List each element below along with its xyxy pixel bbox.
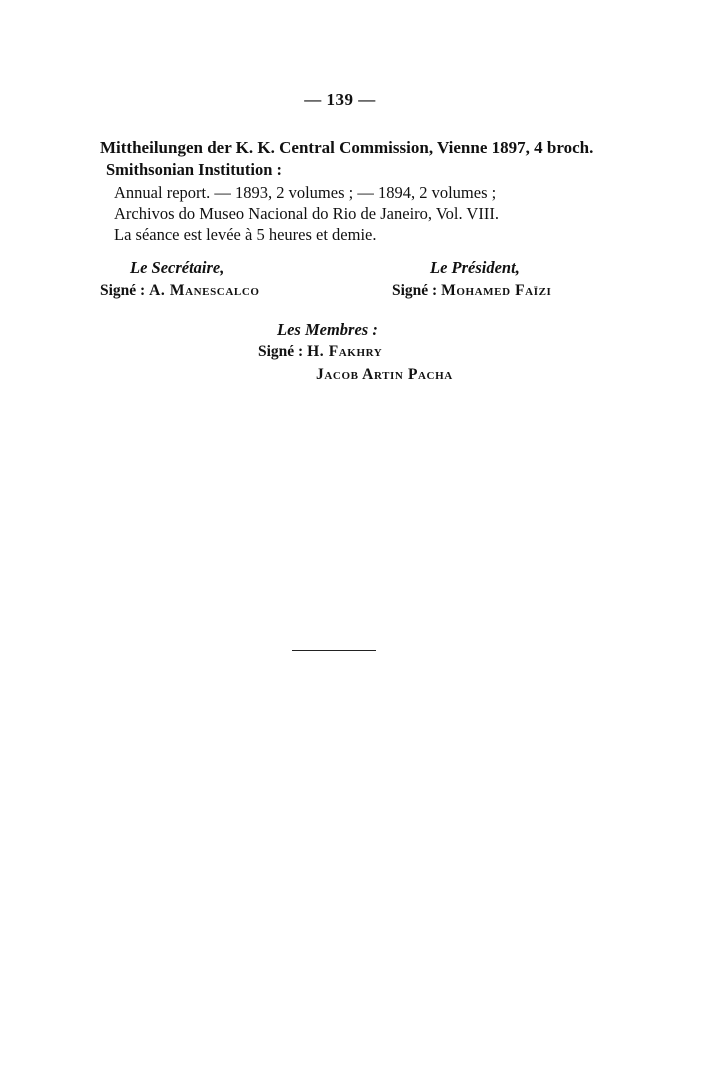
donation-line-archivos: Archivos do Museo Nacional do Rio de Jan… bbox=[114, 204, 499, 224]
president-signature: Signé : Mohamed Faïzi bbox=[392, 282, 551, 300]
member-name-2: Jacob Artin Pacha bbox=[316, 366, 453, 383]
member-signature-2: Jacob Artin Pacha bbox=[316, 366, 453, 384]
member-name-1: H. Fakhry bbox=[307, 343, 382, 360]
donation-line-smithsonian: Smithsonian Institution : bbox=[106, 160, 282, 180]
members-title: Les Membres : bbox=[277, 320, 378, 340]
page-number: — 139 — bbox=[0, 90, 680, 110]
end-divider-rule bbox=[292, 650, 376, 651]
signed-label: Signé : bbox=[392, 282, 437, 299]
secretary-signature: Signé : A. Manescalco bbox=[100, 282, 260, 300]
signed-label: Signé : bbox=[258, 343, 303, 360]
donation-line-mittheilungen: Mittheilungen der K. K. Central Commissi… bbox=[100, 138, 593, 158]
session-closing-line: La séance est levée à 5 heures et demie. bbox=[114, 225, 377, 245]
secretary-title: Le Secrétaire, bbox=[130, 258, 224, 278]
signed-label: Signé : bbox=[100, 282, 145, 299]
president-name: Mohamed Faïzi bbox=[441, 282, 551, 299]
member-signature-1: Signé : H. Fakhry bbox=[258, 343, 382, 361]
donation-line-annual-report: Annual report. — 1893, 2 volumes ; — 189… bbox=[114, 183, 496, 203]
president-title: Le Président, bbox=[430, 258, 520, 278]
secretary-name: A. Manescalco bbox=[149, 282, 259, 299]
